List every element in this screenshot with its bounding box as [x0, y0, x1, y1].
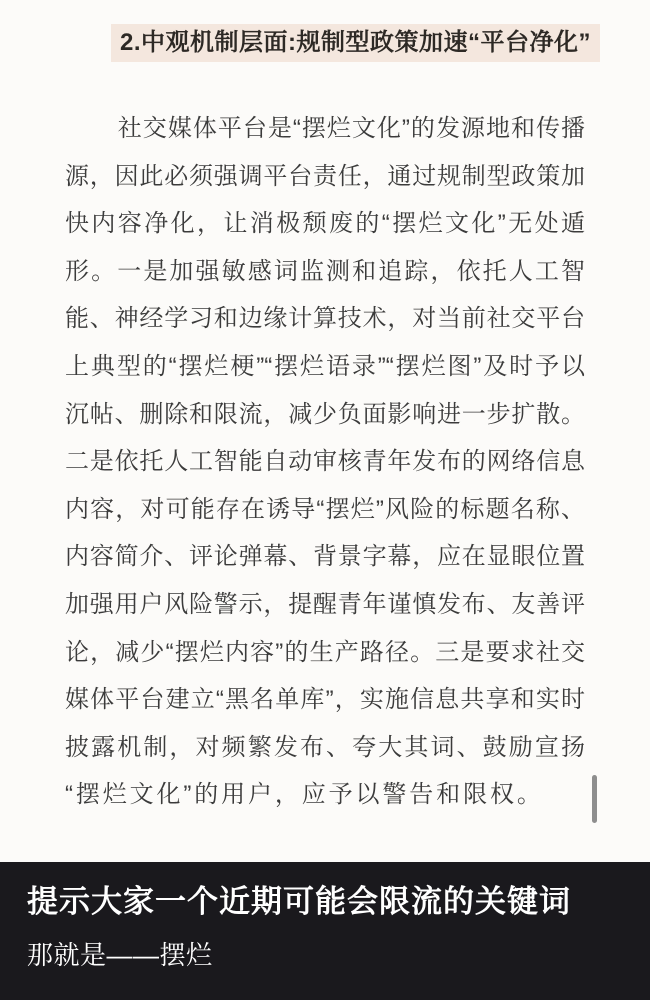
caption-subtitle: 那就是——摆烂: [27, 940, 623, 970]
article-line: 内容简介、评论弹幕、背景字幕，应在显眼位置: [65, 533, 585, 581]
vertical-scrollbar-thumb[interactable]: [592, 775, 597, 823]
article-line: 上典型的“摆烂梗”“摆烂语录”“摆烂图”及时予以: [65, 343, 585, 391]
article-line: 快内容净化，让消极颓废的“摆烂文化”无处遁: [65, 200, 585, 248]
article-line: 沉帖、删除和限流，减少负面影响进一步扩散。: [65, 391, 585, 439]
article-line: 能、神经学习和边缘计算技术，对当前社交平台: [65, 295, 585, 343]
article-line: 披露机制，对频繁发布、夸大其词、鼓励宣扬: [65, 724, 585, 772]
caption-bar: 提示大家一个近期可能会限流的关键词 那就是——摆烂: [0, 862, 650, 1000]
section-heading: 2.中观机制层面:规制型政策加速“平台净化”: [111, 24, 600, 62]
article-line: 论，减少“摆烂内容”的生产路径。三是要求社交: [65, 629, 585, 677]
article-paragraph: 社交媒体平台是“摆烂文化”的发源地和传播源，因此必须强调平台责任，通过规制型政策…: [65, 105, 585, 819]
article-line: 内容，对可能存在诱导“摆烂”风险的标题名称、: [65, 486, 585, 534]
article-line: 形。一是加强敏感词监测和追踪，依托人工智: [65, 248, 585, 296]
article-line: “摆烂文化”的用户，应予以警告和限权。: [65, 771, 585, 819]
article-line: 加强用户风险警示，提醒青年谨慎发布、友善评: [65, 581, 585, 629]
article-line: 媒体平台建立“黑名单库”，实施信息共享和实时: [65, 676, 585, 724]
article-line: 二是依托人工智能自动审核青年发布的网络信息: [65, 438, 585, 486]
document-page: 2.中观机制层面:规制型政策加速“平台净化” 社交媒体平台是“摆烂文化”的发源地…: [0, 0, 650, 1000]
article-line: 社交媒体平台是“摆烂文化”的发源地和传播: [65, 105, 585, 153]
article-line: 源，因此必须强调平台责任，通过规制型政策加: [65, 153, 585, 201]
caption-title: 提示大家一个近期可能会限流的关键词: [27, 883, 623, 921]
